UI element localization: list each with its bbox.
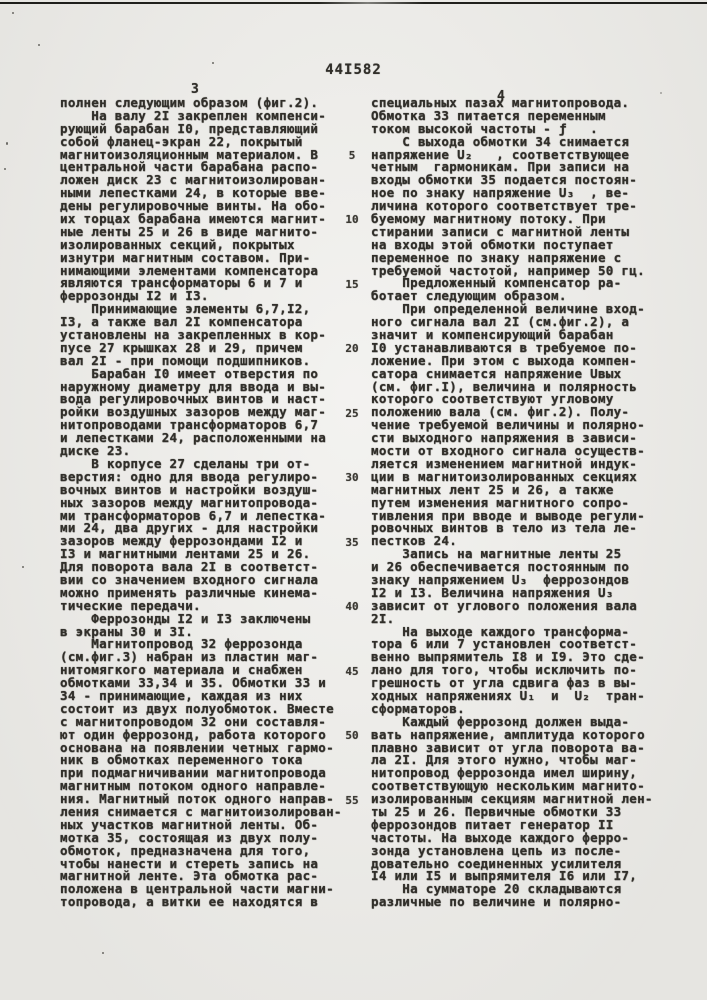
right-text-column: специальных пазах магнитопровода.Обмотка… — [371, 97, 671, 909]
margin-line-number: 40 — [342, 600, 362, 613]
text-line: топровода, а витки ее находятся в — [60, 896, 352, 909]
scan-speckle — [660, 92, 662, 94]
margin-line-number: 30 — [342, 471, 362, 484]
scan-speckle — [38, 44, 40, 46]
margin-line-number: 35 — [342, 536, 362, 549]
scan-speckle — [22, 566, 24, 568]
scan-speckle — [4, 168, 6, 170]
margin-line-number: 25 — [342, 407, 362, 420]
scan-speckle — [212, 62, 214, 64]
margin-line-number: 5 — [342, 149, 362, 162]
left-text-column: полнен следующим образом (фиг.2). На вал… — [60, 97, 352, 909]
margin-line-number: 20 — [342, 342, 362, 355]
margin-line-number: 50 — [342, 729, 362, 742]
text-line: различные по величине и полярно- — [371, 896, 671, 909]
margin-line-number: 55 — [342, 794, 362, 807]
scan-speckle — [12, 12, 14, 14]
margin-line-number: 15 — [342, 278, 362, 291]
scan-speckle — [102, 952, 104, 954]
scan-speckle — [6, 142, 8, 145]
margin-line-number: 45 — [342, 665, 362, 678]
text-line: зависит от углового положения вала — [371, 600, 671, 613]
margin-line-number: 10 — [342, 213, 362, 226]
patent-document-page: 44I582 3 4 полнен следующим образом (фиг… — [0, 0, 707, 1000]
margin-line-numbers: 510152025303540455055 — [342, 0, 362, 1000]
